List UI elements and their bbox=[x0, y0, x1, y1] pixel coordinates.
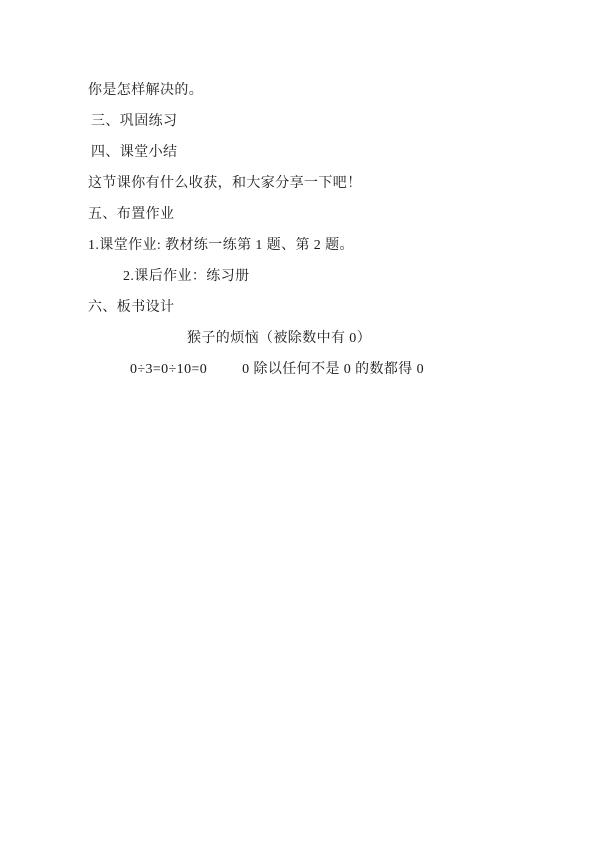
paragraph-solve-method: 你是怎样解决的。 bbox=[88, 75, 507, 106]
board-design-content: 0÷3=0÷10=00 除以任何不是 0 的数都得 0 bbox=[88, 354, 507, 385]
heading-section-six-board-design: 六、板书设计 bbox=[88, 292, 507, 323]
list-item-classwork: 1.课堂作业: 教材练一练第 1 题、第 2 题。 bbox=[88, 230, 507, 261]
board-formula: 0÷3=0÷10=0 bbox=[130, 362, 207, 377]
board-rule: 0 除以任何不是 0 的数都得 0 bbox=[242, 362, 424, 377]
document-content: 你是怎样解决的。 三、巩固练习 四、课堂小结 这节课你有什么收获，和大家分享一下… bbox=[88, 75, 507, 385]
board-design-title: 猴子的烦恼（被除数中有 0） bbox=[88, 323, 507, 354]
heading-section-three-consolidation-practice: 三、巩固练习 bbox=[88, 106, 507, 137]
paragraph-share-gains: 这节课你有什么收获，和大家分享一下吧！ bbox=[88, 168, 507, 199]
document-page: 你是怎样解决的。 三、巩固练习 四、课堂小结 这节课你有什么收获，和大家分享一下… bbox=[0, 0, 595, 842]
list-item-after-class-homework: 2.课后作业：练习册 bbox=[88, 261, 507, 292]
heading-section-four-class-summary: 四、课堂小结 bbox=[88, 137, 507, 168]
heading-section-five-assign-homework: 五、布置作业 bbox=[88, 199, 507, 230]
